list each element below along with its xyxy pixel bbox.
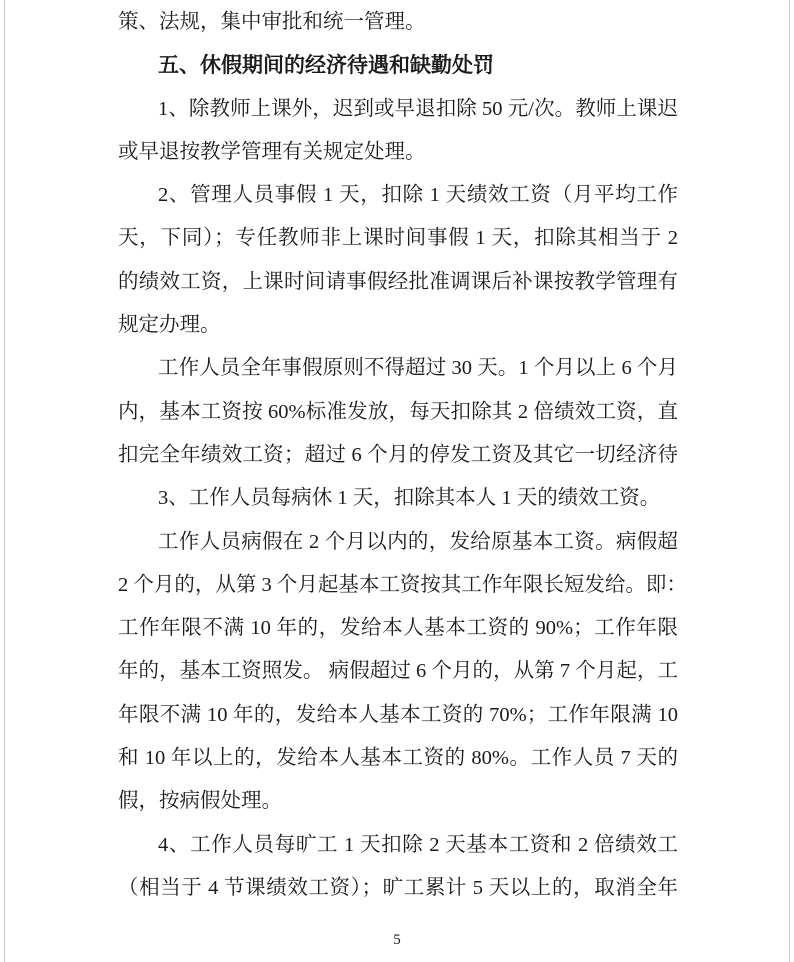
page-number: 5 xyxy=(0,932,794,949)
text-line: 策、法规，集中审批和统一管理。 xyxy=(118,1,678,44)
text-line: 规定办理。 xyxy=(118,304,678,347)
text-line: 扣完全年绩效工资；超过 6 个月的停发工资及其它一切经济待遇。 xyxy=(118,434,678,477)
page-left-edge-line xyxy=(4,0,5,962)
text-line: 2 个月的，从第 3 个月起基本工资按其工作年限长短发给。即： xyxy=(118,564,678,607)
text-line: （相当于 4 节课绩效工资）；旷工累计 5 天以上的，取消全年绩效 xyxy=(118,867,678,910)
document-body: 策、法规，集中审批和统一管理。五、休假期间的经济待遇和缺勤处罚1、除教师上课外，… xyxy=(118,1,678,910)
document-page: 策、法规，集中审批和统一管理。五、休假期间的经济待遇和缺勤处罚1、除教师上课外，… xyxy=(0,0,794,962)
text-line: 1、除教师上课外，迟到或早退扣除 50 元/次。教师上课迟到 xyxy=(118,88,678,131)
text-line: 工作年限不满 10 年的，发给本人基本工资的 90%；工作年限满 10 xyxy=(118,607,678,650)
text-line: 和 10 年以上的，发给本人基本工资的 80%。工作人员 7 天的陪护 xyxy=(118,737,678,780)
text-line: 或早退按教学管理有关规定处理。 xyxy=(118,131,678,174)
text-line: 天，下同）；专任教师非上课时间事假 1 天，扣除其相当于 2 节课 xyxy=(118,217,678,260)
text-line: 工作人员全年事假原则不得超过 30 天。1 个月以上 6 个月以 xyxy=(118,347,678,390)
text-line: 年限不满 10 年的，发给本人基本工资的 70%；工作年限满 10 年 xyxy=(118,694,678,737)
page-right-edge-line xyxy=(789,0,790,962)
text-line: 4、工作人员每旷工 1 天扣除 2 天基本工资和 2 倍绩效工资 xyxy=(118,824,678,867)
text-line: 内，基本工资按 60%标准发放，每天扣除其 2 倍绩效工资，直至 xyxy=(118,391,678,434)
section-heading: 五、休假期间的经济待遇和缺勤处罚 xyxy=(118,44,678,87)
text-line: 工作人员病假在 2 个月以内的，发给原基本工资。病假超过 xyxy=(118,521,678,564)
text-line: 年的，基本工资照发。 病假超过 6 个月的，从第 7 个月起，工作 xyxy=(118,650,678,693)
text-line: 2、管理人员事假 1 天，扣除 1 天绩效工资（月平均工作 21.75 xyxy=(118,174,678,217)
text-line: 的绩效工资，上课时间请事假经批准调课后补课按教学管理有关 xyxy=(118,261,678,304)
text-line: 3、工作人员每病休 1 天，扣除其本人 1 天的绩效工资。 xyxy=(118,477,678,520)
text-line: 假，按病假处理。 xyxy=(118,780,678,823)
